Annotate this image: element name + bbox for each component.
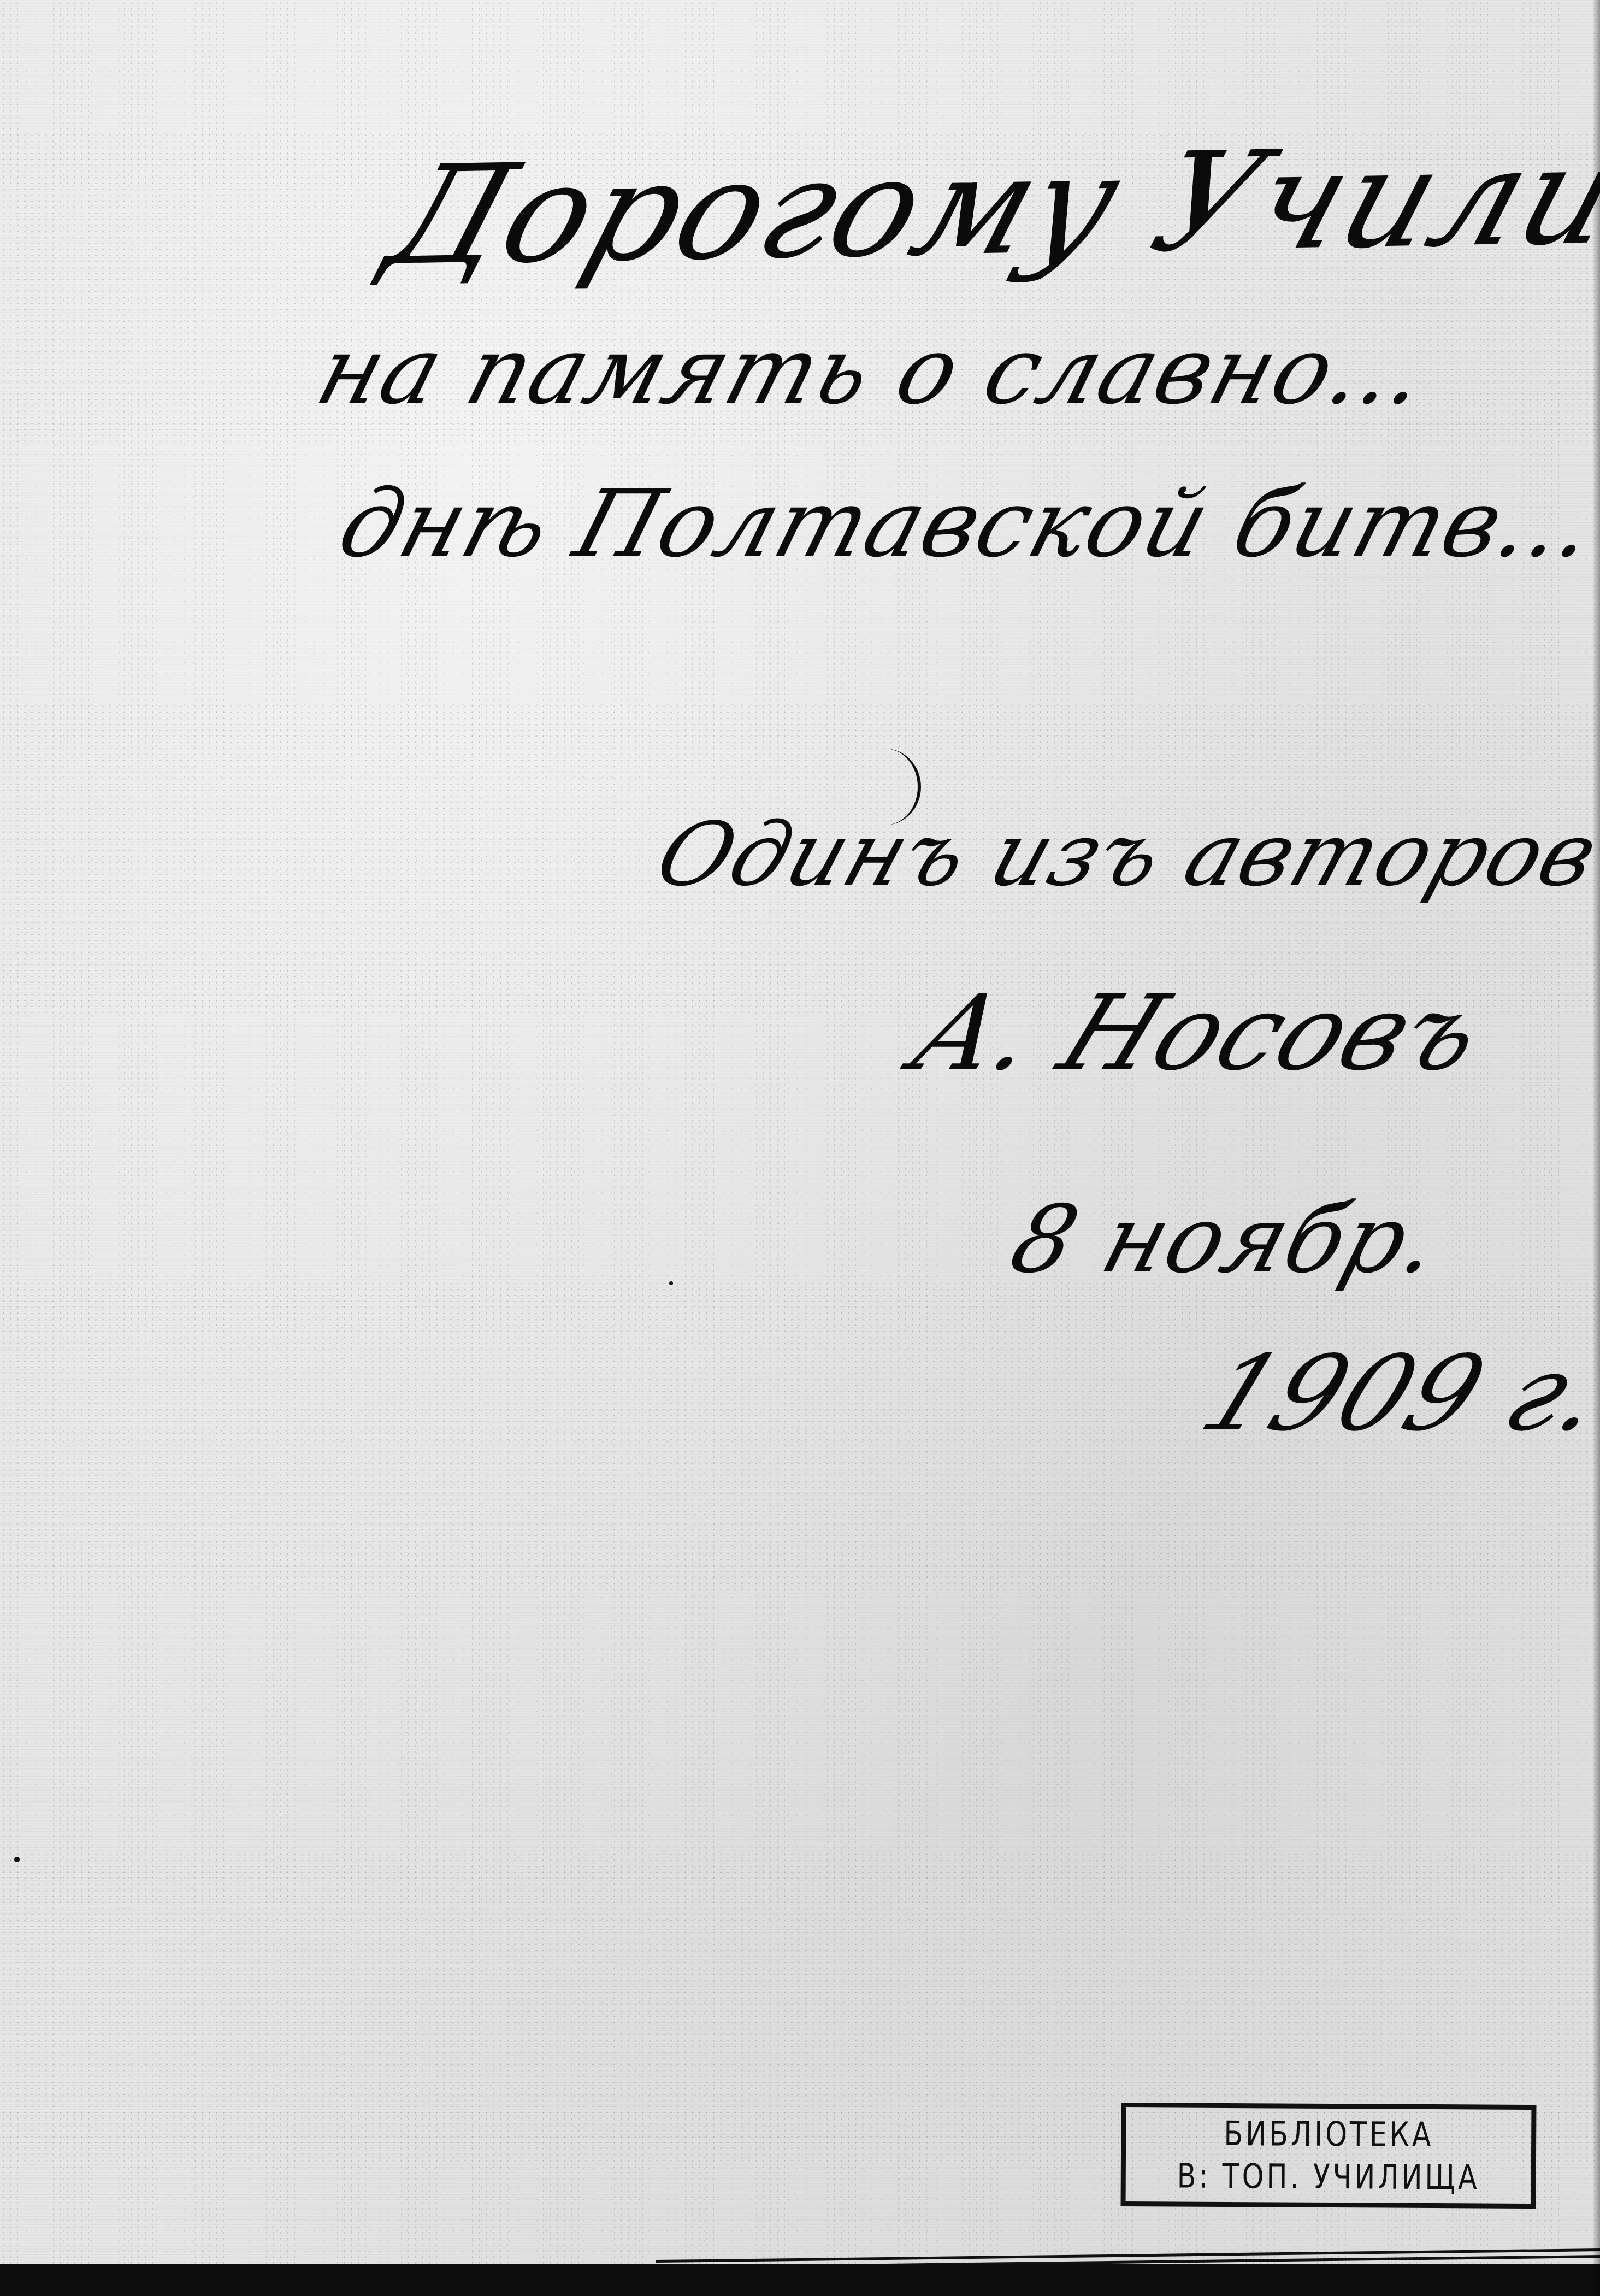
date-year: 1909 г. [1185,1333,1600,1454]
library-stamp: БИБЛIОТЕКА В: ТОП. УЧИЛИЩА [1121,2103,1537,2209]
dedication-line-2: на память о славно... [306,317,1439,425]
scan-bottom-edge [0,2264,1600,2296]
author-line: Одинъ изъ авторовъ [645,803,1600,905]
stamp-line-2: В: ТОП. УЧИЛИЩА [1177,2155,1480,2199]
signature: А. Носовъ [896,973,1502,1093]
stamp-line-1: БИБЛIОТЕКА [1224,2112,1434,2156]
scan-right-edge [1592,0,1600,2296]
scanned-page: Дорогому Училищу на память о славно... д… [0,0,1600,2296]
ink-speck [14,1857,20,1862]
dedication-line-1: Дорогому Училищу [371,111,1600,296]
date-day-month: 8 ноябр. [1000,1186,1452,1294]
dedication-line-3: днѣ Полтавской битв... [328,470,1600,578]
ink-speck [669,1281,673,1285]
